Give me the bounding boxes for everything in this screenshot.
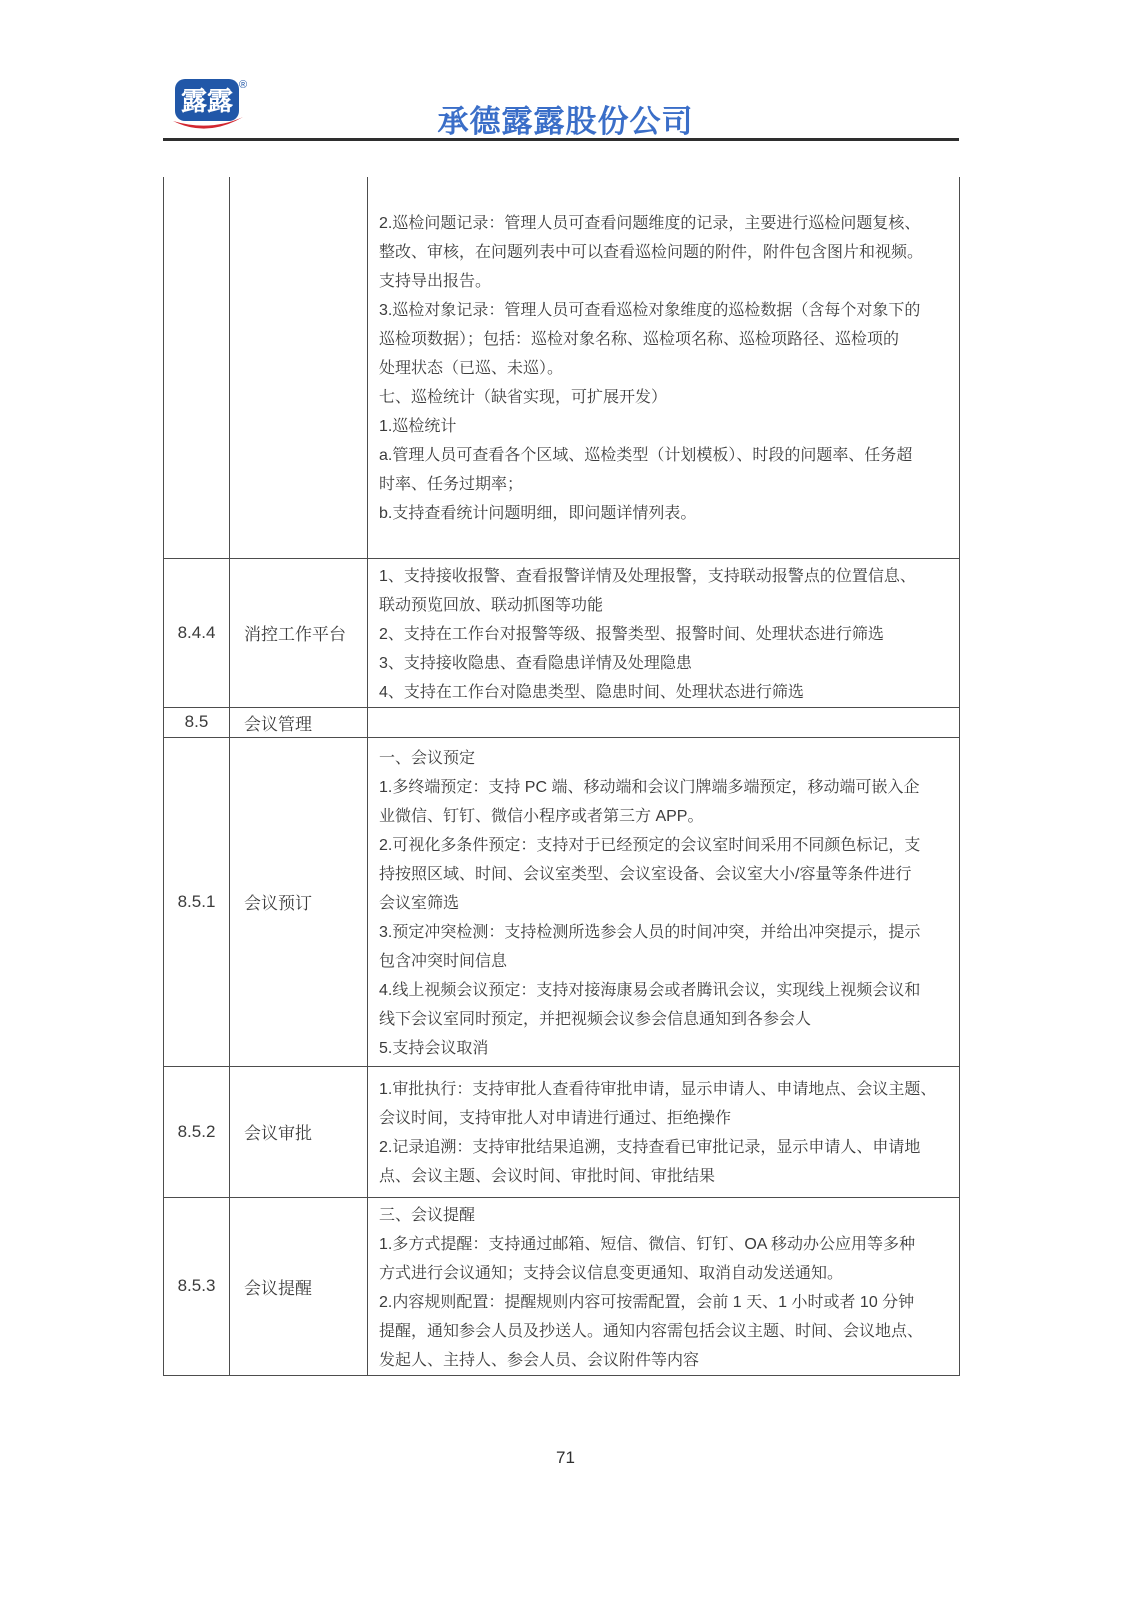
section-number: [164, 177, 230, 558]
section-number: 8.5.3: [164, 1197, 230, 1375]
table-row: 2.巡检问题记录：管理人员可查看问题维度的记录，主要进行巡检问题复核、整改、审核…: [164, 177, 960, 558]
section-title: 消控工作平台: [230, 558, 368, 707]
table-row: 8.5 会议管理: [164, 707, 960, 737]
section-number: 8.5.1: [164, 737, 230, 1066]
section-title: [230, 177, 368, 558]
section-content: 一、会议预定1.多终端预定：支持 PC 端、移动端和会议门牌端多端预定，移动端可…: [368, 737, 960, 1066]
table-row: 8.5.3 会议提醒 三、会议提醒1.多方式提醒：支持通过邮箱、短信、微信、钉钉…: [164, 1197, 960, 1375]
page-title: 承德露露股份公司: [0, 96, 1131, 141]
spec-table: 2.巡检问题记录：管理人员可查看问题维度的记录，主要进行巡检问题复核、整改、审核…: [163, 177, 960, 1376]
section-content: 三、会议提醒1.多方式提醒：支持通过邮箱、短信、微信、钉钉、OA 移动办公应用等…: [368, 1197, 960, 1375]
page-number: 71: [0, 1448, 1131, 1468]
section-title: 会议审批: [230, 1066, 368, 1197]
section-title: 会议管理: [230, 707, 368, 737]
section-content: 2.巡检问题记录：管理人员可查看问题维度的记录，主要进行巡检问题复核、整改、审核…: [368, 177, 960, 558]
section-number: 8.4.4: [164, 558, 230, 707]
header-divider: [163, 138, 959, 141]
section-title: 会议提醒: [230, 1197, 368, 1375]
section-content: [368, 707, 960, 737]
section-title: 会议预订: [230, 737, 368, 1066]
section-content: 1.审批执行：支持审批人查看待审批申请，显示申请人、申请地点、会议主题、会议时间…: [368, 1066, 960, 1197]
section-number: 8.5.2: [164, 1066, 230, 1197]
section-number: 8.5: [164, 707, 230, 737]
section-content: 1、支持接收报警、查看报警详情及处理报警，支持联动报警点的位置信息、联动预览回放…: [368, 558, 960, 707]
document-page: 露露 ® 承德露露股份公司 2.巡检问题记录：管理人员可查看问题维度的记录，主要…: [0, 0, 1131, 1600]
table-row: 8.4.4 消控工作平台 1、支持接收报警、查看报警详情及处理报警，支持联动报警…: [164, 558, 960, 707]
registered-mark-icon: ®: [239, 79, 247, 91]
table-row: 8.5.2 会议审批 1.审批执行：支持审批人查看待审批申请，显示申请人、申请地…: [164, 1066, 960, 1197]
table-row: 8.5.1 会议预订 一、会议预定1.多终端预定：支持 PC 端、移动端和会议门…: [164, 737, 960, 1066]
